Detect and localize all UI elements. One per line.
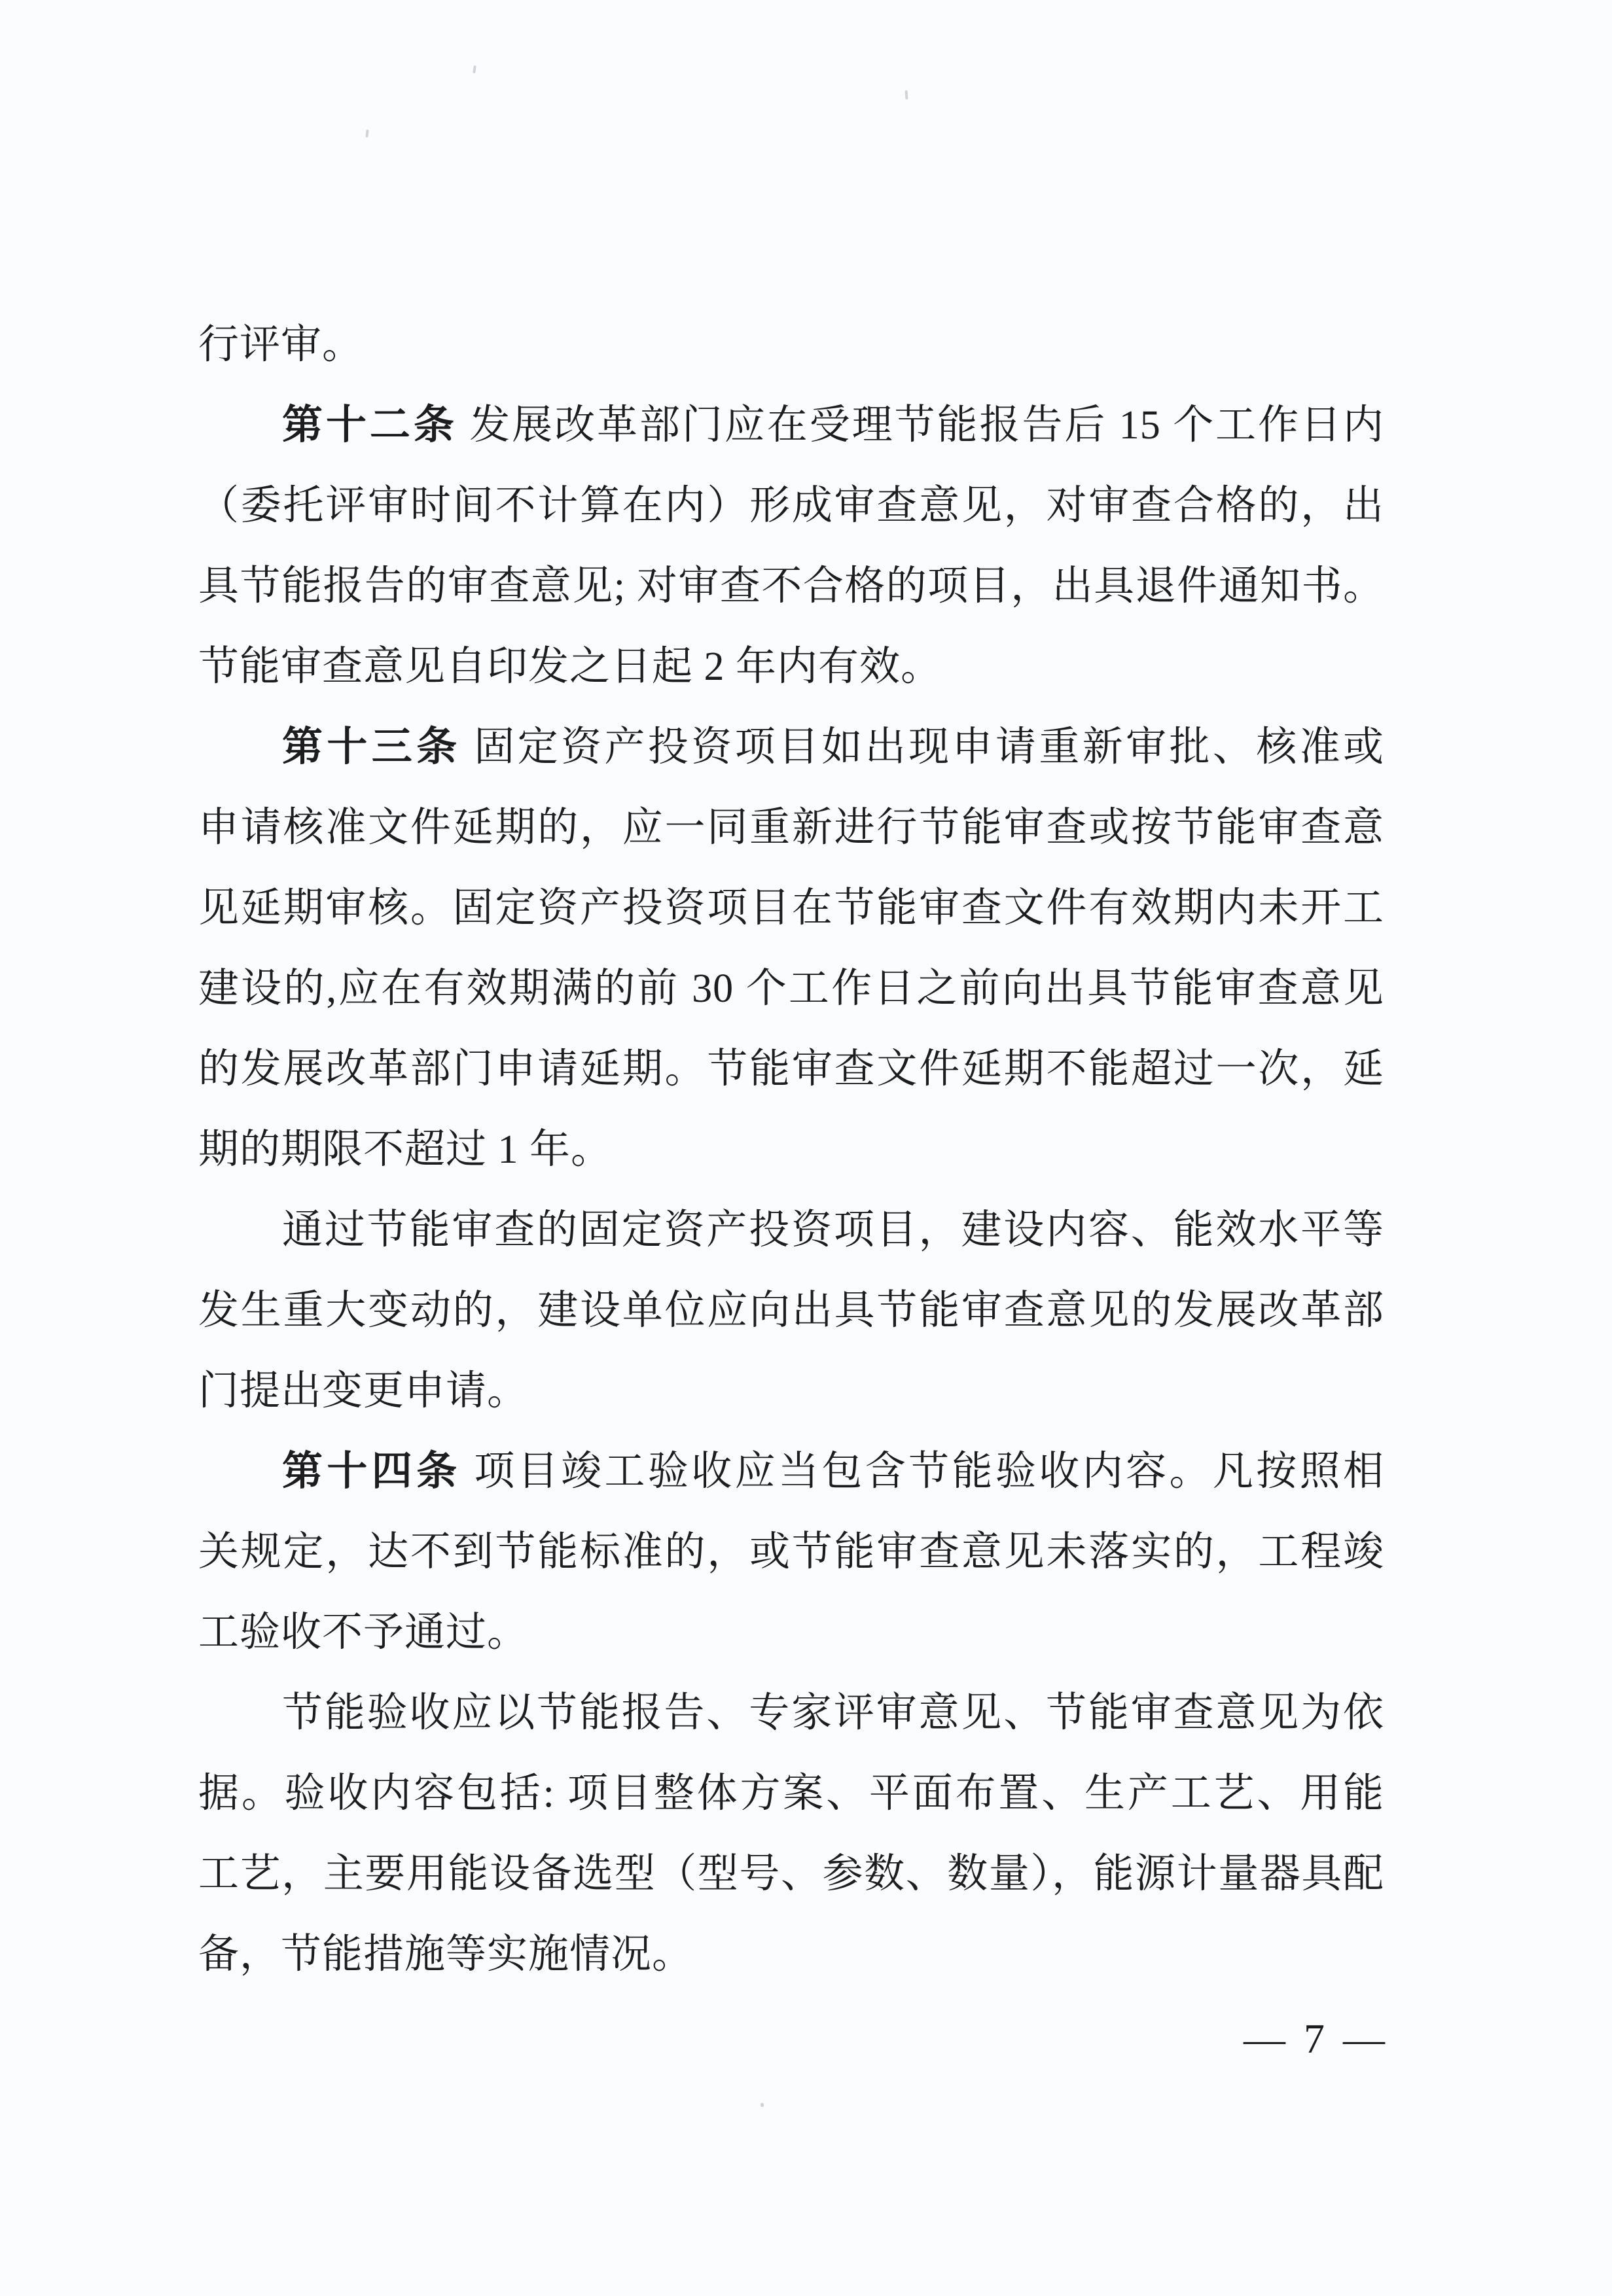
scan-speck (761, 2103, 764, 2107)
text-line-13: 发生重大变动的，建设单位应向出具节能审查意见的发展改革部 (198, 1271, 1384, 1351)
scan-speck (365, 130, 368, 137)
document-page: 行评审。第十二条 发展改革部门应在受理节能报告后 15 个工作日内（委托评审时间… (0, 0, 1612, 2296)
text-line-14: 门提出变更申请。 (198, 1351, 1384, 1432)
text-line-5: 节能审查意见自印发之日起 2 年内有效。 (198, 627, 1384, 707)
text-line-18: 节能验收应以节能报告、专家评审意见、节能审查意见为依 (198, 1673, 1384, 1754)
scan-speck (473, 65, 476, 73)
page-number: — 7 — (1244, 2014, 1389, 2064)
text-line-15: 第十四条 项目竣工验收应当包含节能验收内容。凡按照相 (198, 1432, 1384, 1512)
text-line-17: 工验收不予通过。 (198, 1593, 1384, 1673)
text-line-3: （委托评审时间不计算在内）形成审查意见，对审查合格的，出 (198, 466, 1384, 546)
article-heading: 第十四条 (282, 1449, 461, 1494)
text-line-20: 工艺，主要用能设备选型（型号、参数、数量），能源计量器具配 (198, 1834, 1384, 1915)
text-line-4: 具节能报告的审查意见; 对审查不合格的项目，出具退件通知书。 (198, 546, 1384, 627)
text-line-9: 建设的,应在有效期满的前 30 个工作日之前向出具节能审查意见 (198, 949, 1384, 1029)
text-line-10: 的发展改革部门申请延期。节能审查文件延期不能超过一次，延 (198, 1029, 1384, 1110)
text-line-1: 行评审。 (198, 305, 1384, 385)
text-line-12: 通过节能审查的固定资产投资项目，建设内容、能效水平等 (198, 1190, 1384, 1271)
article-heading: 第十三条 (282, 725, 461, 769)
text-line-21: 备，节能措施等实施情况。 (198, 1915, 1384, 1995)
document-body: 行评审。第十二条 发展改革部门应在受理节能报告后 15 个工作日内（委托评审时间… (198, 305, 1384, 1995)
text-line-8: 见延期审核。固定资产投资项目在节能审查文件有效期内未开工 (198, 868, 1384, 949)
scan-speck (905, 90, 908, 99)
text-line-19: 据。验收内容包括: 项目整体方案、平面布置、生产工艺、用能 (198, 1754, 1384, 1834)
text-line-7: 申请核准文件延期的，应一同重新进行节能审查或按节能审查意 (198, 788, 1384, 868)
text-line-11: 期的期限不超过 1 年。 (198, 1110, 1384, 1190)
article-heading: 第十二条 (282, 403, 457, 448)
text-line-16: 关规定，达不到节能标准的，或节能审查意见未落实的，工程竣 (198, 1512, 1384, 1593)
text-line-6: 第十三条 固定资产投资项目如出现申请重新审批、核准或 (198, 707, 1384, 788)
text-line-2: 第十二条 发展改革部门应在受理节能报告后 15 个工作日内 (198, 385, 1384, 466)
